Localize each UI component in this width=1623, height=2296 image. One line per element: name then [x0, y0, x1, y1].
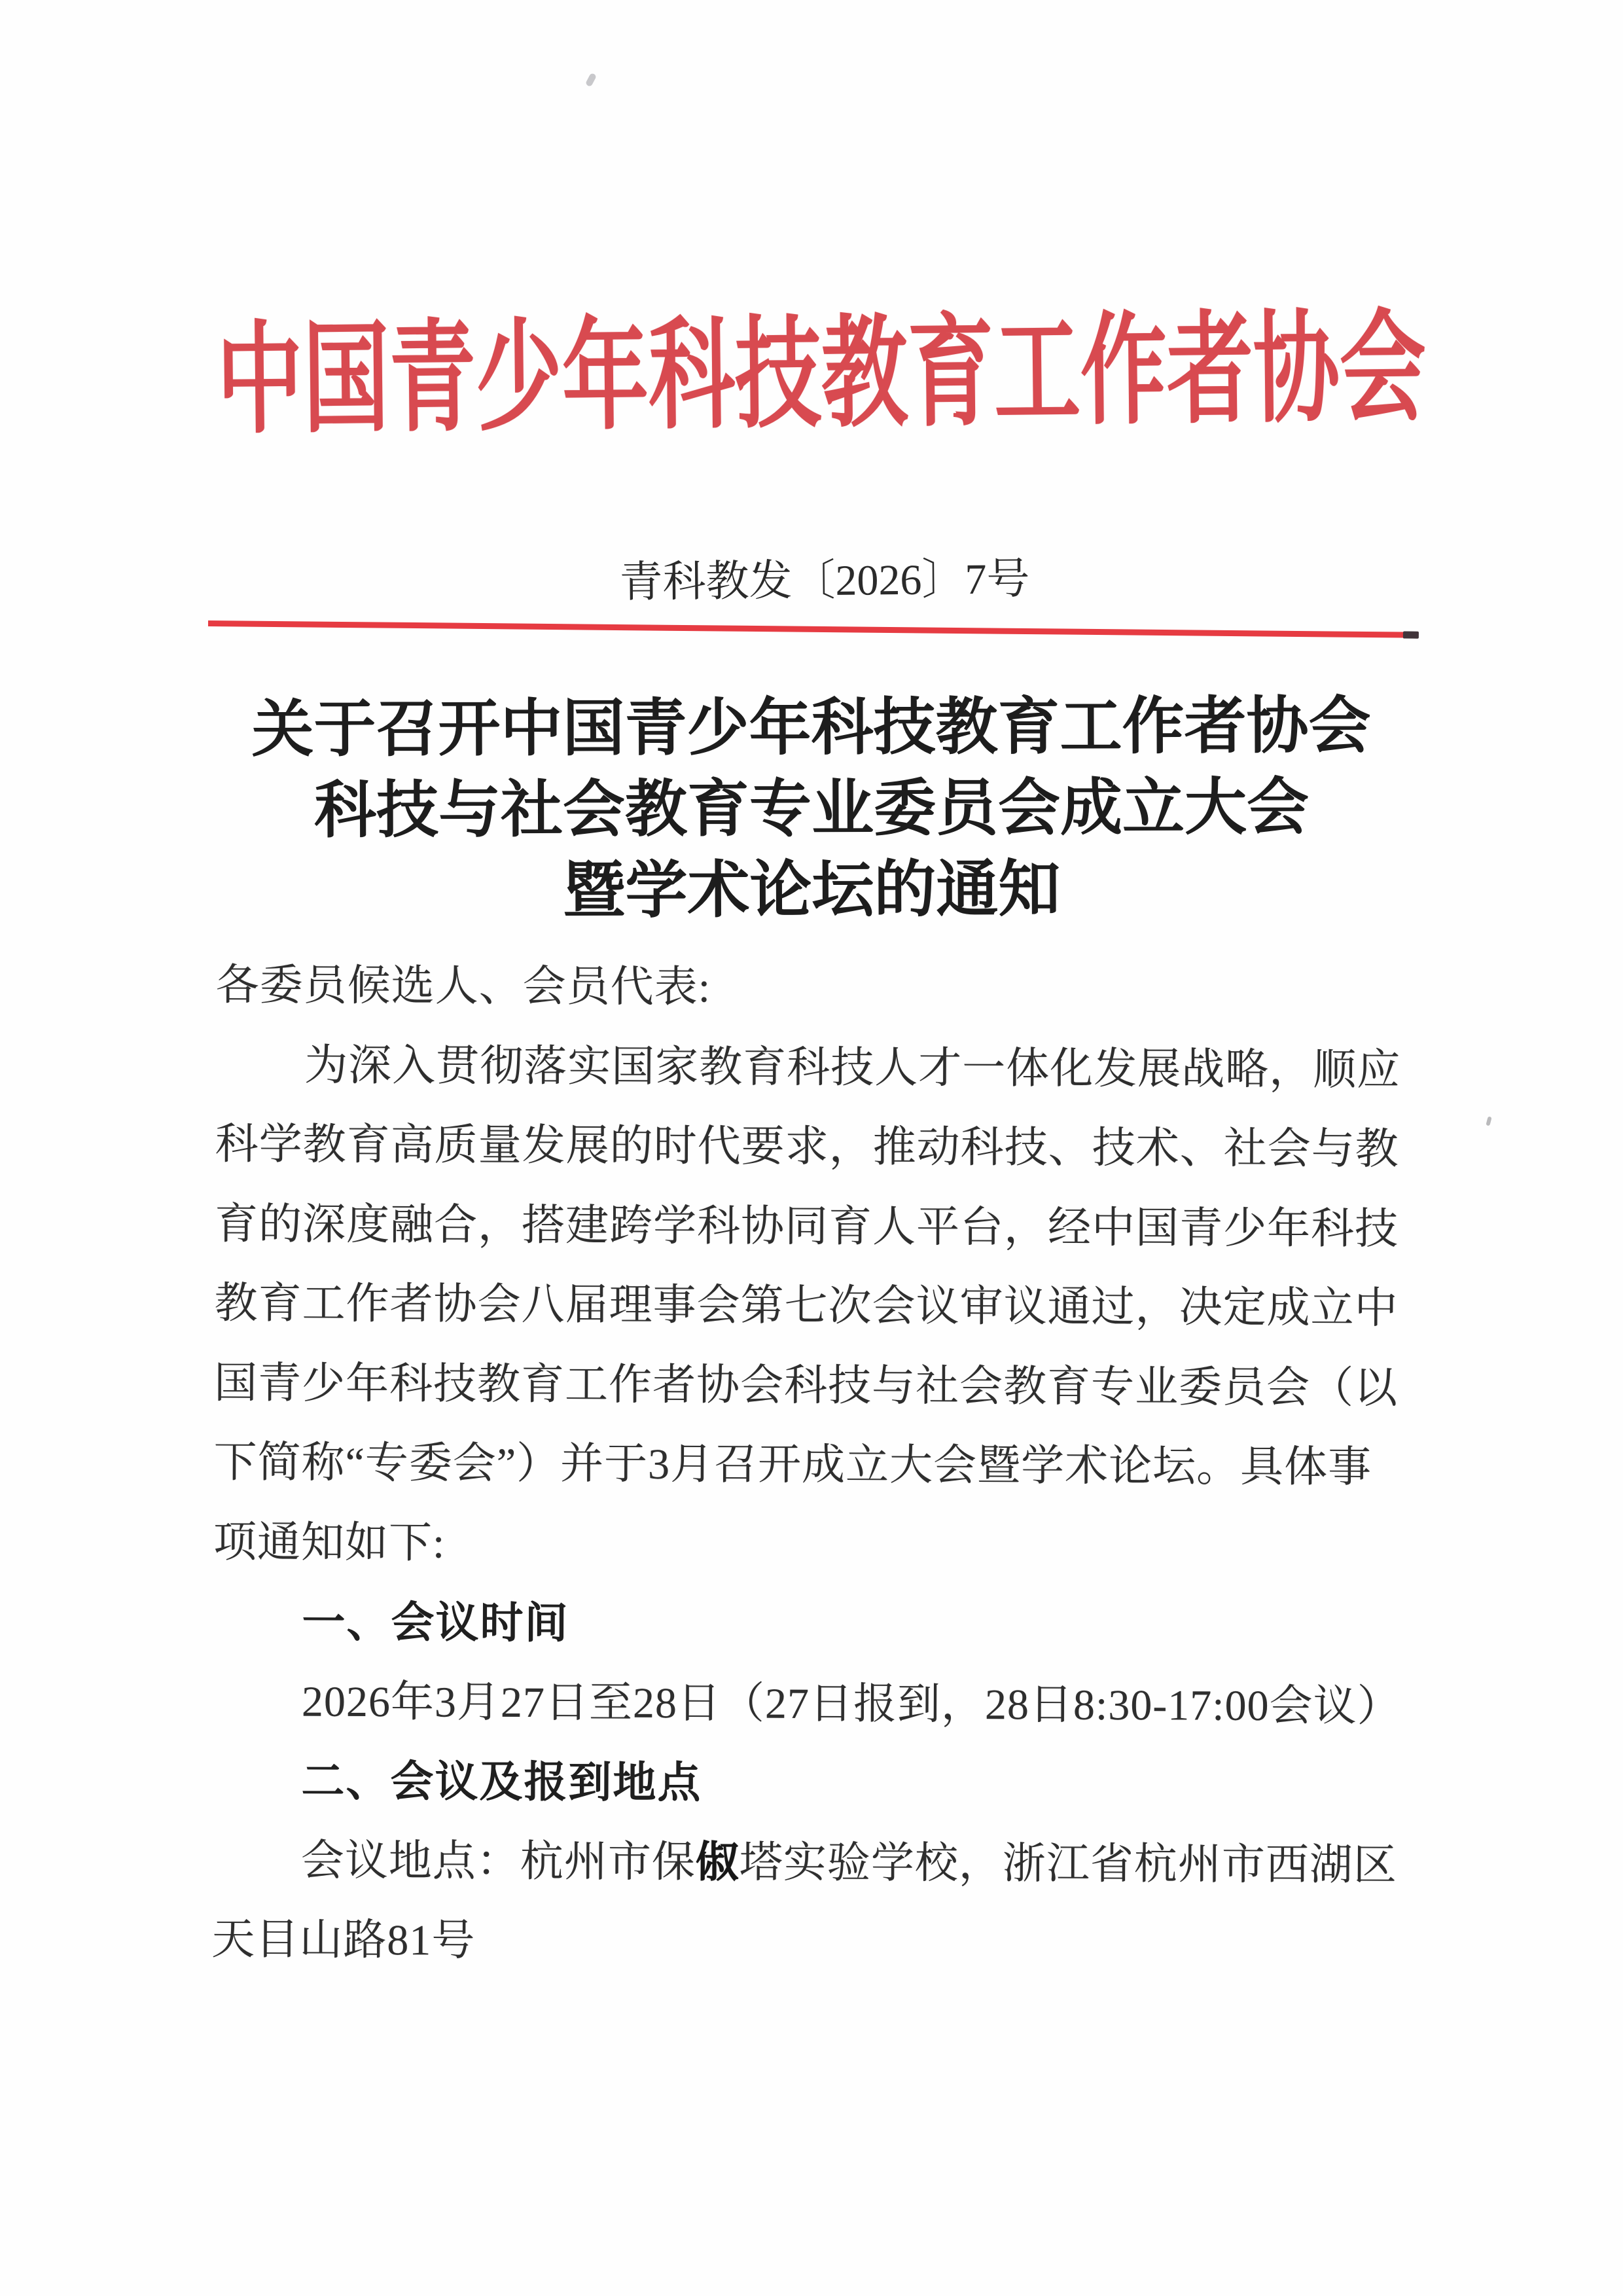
section-1-heading: 一、会议时间: [213, 1582, 1444, 1667]
paragraph-line: 下简称“专委会”）并于3月召开成立大会暨学术论坛。具体事: [213, 1423, 1444, 1508]
organization-masthead: 中国青少年科技教育工作者协会: [9, 245, 1623, 505]
red-divider-rule: [208, 620, 1418, 638]
paragraph-line: 教育工作者协会八届理事会第七次会议审议通过，决定成立中: [214, 1264, 1445, 1349]
paragraph-line: 国青少年科技教育工作者协会科技与社会教育专业委员会（以: [214, 1343, 1445, 1428]
meeting-location-line-2: 天目山路81号: [211, 1900, 1442, 1985]
rule-end-ink-blot: [1403, 632, 1419, 639]
location-text-post: 塔实验学校，浙江省杭州市西湖区: [740, 1839, 1397, 1889]
scan-speck: [1486, 1116, 1491, 1126]
document-reference-number: 青科教发〔2026〕7号: [13, 550, 1623, 612]
document-title: 关于召开中国青少年科技教育工作者协会 科技与社会教育专业委员会成立大会 暨学术论…: [0, 685, 1623, 934]
paragraph-line: 项通知如下:: [213, 1502, 1444, 1587]
scan-speck: [585, 73, 597, 87]
meeting-location-line-1: 会议地点：杭州市保俶塔实验学校，浙江省杭州市西湖区: [212, 1820, 1443, 1905]
paragraph-line: 育的深度融合，搭建跨学科协同育人平台，经中国青少年科技: [215, 1184, 1446, 1269]
section-2-heading: 二、会议及报到地点: [212, 1741, 1443, 1826]
salutation: 各委员候选人、会员代表:: [215, 946, 1446, 1031]
document-title-line-3: 暨学术论坛的通知: [0, 847, 1623, 934]
document-body: 各委员候选人、会员代表: 为深入贯彻落实国家教育科技人才一体化发展战略，顺应 科…: [211, 946, 1446, 1985]
paragraph-line: 为深入贯彻落实国家教育科技人才一体化发展战略，顺应: [215, 1025, 1446, 1110]
document-page: 中国青少年科技教育工作者协会 青科教发〔2026〕7号 关于召开中国青少年科技教…: [0, 0, 1623, 2296]
document-title-line-2: 科技与社会教育专业委员会成立大会: [0, 766, 1623, 853]
location-text-pre: 会议地点：杭州市保: [301, 1837, 696, 1886]
document-title-line-1: 关于召开中国青少年科技教育工作者协会: [0, 685, 1623, 772]
location-text-bold-char: 俶: [696, 1839, 740, 1886]
paragraph-line: 科学教育高质量发展的时代要求，推动科技、技术、社会与教: [215, 1105, 1446, 1190]
meeting-time-line: 2026年3月27日至28日（27日报到，28日8:30-17:00会议）: [213, 1661, 1444, 1746]
